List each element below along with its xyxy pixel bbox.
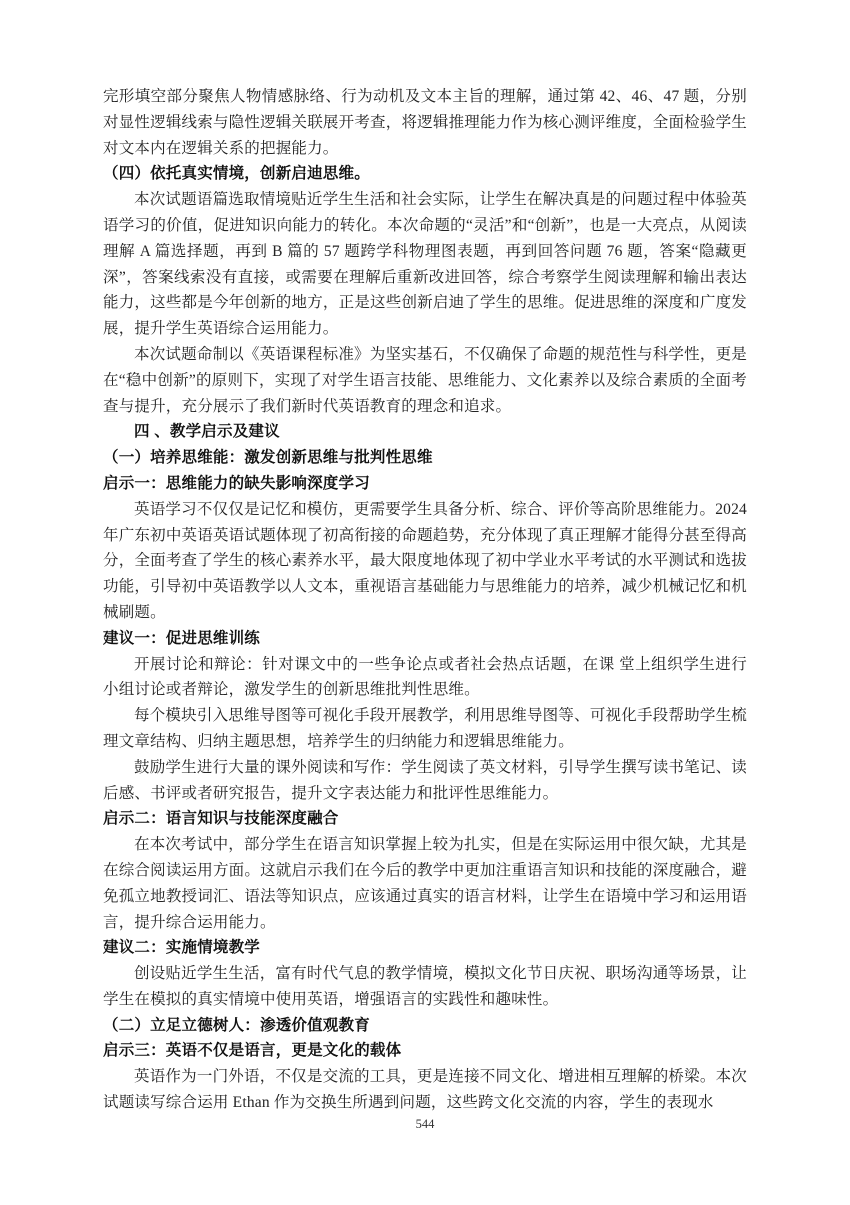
section-heading: 启示一：思维能力的缺失影响深度学习 <box>103 471 747 497</box>
paragraph: 英语作为一门外语，不仅是交流的工具，更是连接不同文化、增进相互理解的桥梁。本次试… <box>103 1064 747 1116</box>
section-heading: 启示二：语言知识与技能深度融合 <box>103 806 747 832</box>
paragraph: 每个模块引入思维导图等可视化手段开展教学，利用思维导图等、可视化手段帮助学生梳理… <box>103 703 747 755</box>
section-heading: （四）依托真实情境，创新启迪思维。 <box>103 161 747 187</box>
paragraph: 本次试题命制以《英语课程标准》为坚实基石，不仅确保了命题的规范性与科学性，更是在… <box>103 342 747 419</box>
paragraph: 本次试题语篇选取情境贴近学生生活和社会实际，让学生在解决真是的问题过程中体验英语… <box>103 187 747 342</box>
section-heading: （二）立足立德树人：渗透价值观教育 <box>103 1013 747 1039</box>
section-heading: 建议一：促进思维训练 <box>103 626 747 652</box>
document-body: 完形填空部分聚焦人物情感脉络、行为动机及文本主旨的理解，通过第 42、46、47… <box>103 84 747 1116</box>
paragraph: 英语学习不仅仅是记忆和模仿，更需要学生具备分析、综合、评价等高阶思维能力。202… <box>103 497 747 626</box>
page-number: 544 <box>0 1117 850 1132</box>
paragraph: 开展讨论和辩论：针对课文中的一些争论点或者社会热点话题，在课 堂上组织学生进行小… <box>103 652 747 704</box>
document-page: 完形填空部分聚焦人物情感脉络、行为动机及文本主旨的理解，通过第 42、46、47… <box>0 0 850 1205</box>
paragraph: 鼓励学生进行大量的课外阅读和写作：学生阅读了英文材料，引导学生撰写读书笔记、读后… <box>103 755 747 807</box>
section-heading: 四 、教学启示及建议 <box>103 419 747 445</box>
section-heading: 启示三：英语不仅是语言，更是文化的载体 <box>103 1038 747 1064</box>
paragraph: 创设贴近学生生活，富有时代气息的教学情境，模拟文化节日庆祝、职场沟通等场景，让学… <box>103 961 747 1013</box>
section-heading: 建议二：实施情境教学 <box>103 935 747 961</box>
paragraph: 在本次考试中，部分学生在语言知识掌握上较为扎实，但是在实际运用中很欠缺，尤其是在… <box>103 832 747 935</box>
section-heading: （一）培养思维能：激发创新思维与批判性思维 <box>103 445 747 471</box>
paragraph: 完形填空部分聚焦人物情感脉络、行为动机及文本主旨的理解，通过第 42、46、47… <box>103 84 747 161</box>
